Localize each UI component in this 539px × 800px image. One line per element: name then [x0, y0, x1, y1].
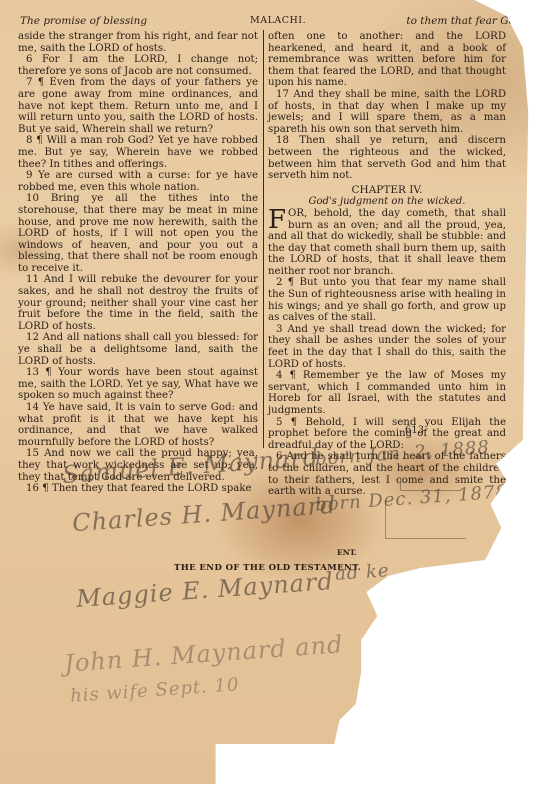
- right-top-verse: 18 Then shall ye return, and discern bet…: [268, 135, 506, 181]
- verse-1: FOR, behold, the day cometh, that shall …: [268, 208, 506, 278]
- left-column: aside the stranger from his right, and f…: [18, 31, 258, 495]
- left-verse: 9 Ye are cursed with a curse: for ye hav…: [18, 170, 258, 193]
- running-header: The promise of blessing MALACHI. to them…: [20, 15, 525, 29]
- left-verse: 10 Bring ye all the tithes into the stor…: [18, 193, 258, 274]
- scanned-bible-page: The promise of blessing MALACHI. to them…: [0, 0, 539, 800]
- right-bottom-verse: 3 And ye shall tread down the wicked; fo…: [268, 324, 506, 370]
- handwriting-fragment: ad ke: [334, 560, 390, 585]
- left-verse: 11 And I will rebuke the devourer for yo…: [18, 274, 258, 332]
- right-column: often one to another: and the LORD heark…: [268, 31, 506, 498]
- page-number: 613: [405, 425, 424, 436]
- header-right: to them that fear God.: [406, 15, 525, 27]
- left-verse: 14 Ye have said, It is vain to serve God…: [18, 402, 258, 448]
- left-verse: 6 For I am the LORD, I change not; there…: [18, 54, 258, 77]
- left-verse: aside the stranger from his right, and f…: [18, 31, 258, 54]
- right-bottom-verse: 2 ¶ But unto you that fear my name shall…: [268, 277, 506, 323]
- right-top-verse: often one to another: and the LORD heark…: [268, 31, 506, 89]
- book-title: MALACHI.: [250, 15, 306, 26]
- right-bottom-verse: 4 ¶ Remember ye the law of Moses my serv…: [268, 370, 506, 416]
- right-top-verse: 17 And they shall be mine, saith the LOR…: [268, 89, 506, 135]
- left-verse: 13 ¶ Your words have been stout against …: [18, 367, 258, 402]
- handwriting-wife: his wife Sept. 10: [69, 674, 240, 707]
- chapter-heading: CHAPTER IV.: [268, 185, 506, 197]
- left-verse: 12 And all nations shall call you blesse…: [18, 332, 258, 367]
- left-verse: 8 ¶ Will a man rob God? Yet ye have robb…: [18, 135, 258, 170]
- left-verse: 7 ¶ Even from the days of your fathers y…: [18, 77, 258, 135]
- column-divider: [263, 30, 264, 448]
- chapter-summary: God's judgment on the wicked.: [268, 196, 506, 208]
- header-left: The promise of blessing: [20, 15, 147, 27]
- left-verse: 16 ¶ Then they that feared the LORD spak…: [18, 483, 258, 495]
- handwriting-charles: Charles H. Maynard: [71, 491, 337, 537]
- handwriting-john: John H. Maynard and: [63, 630, 344, 677]
- handwriting-date-bracket: [385, 500, 466, 539]
- torn-fragment-text: ENT.: [337, 548, 357, 557]
- handwriting-maggie: Maggie E. Maynard: [75, 567, 334, 613]
- drop-cap: F: [268, 209, 286, 231]
